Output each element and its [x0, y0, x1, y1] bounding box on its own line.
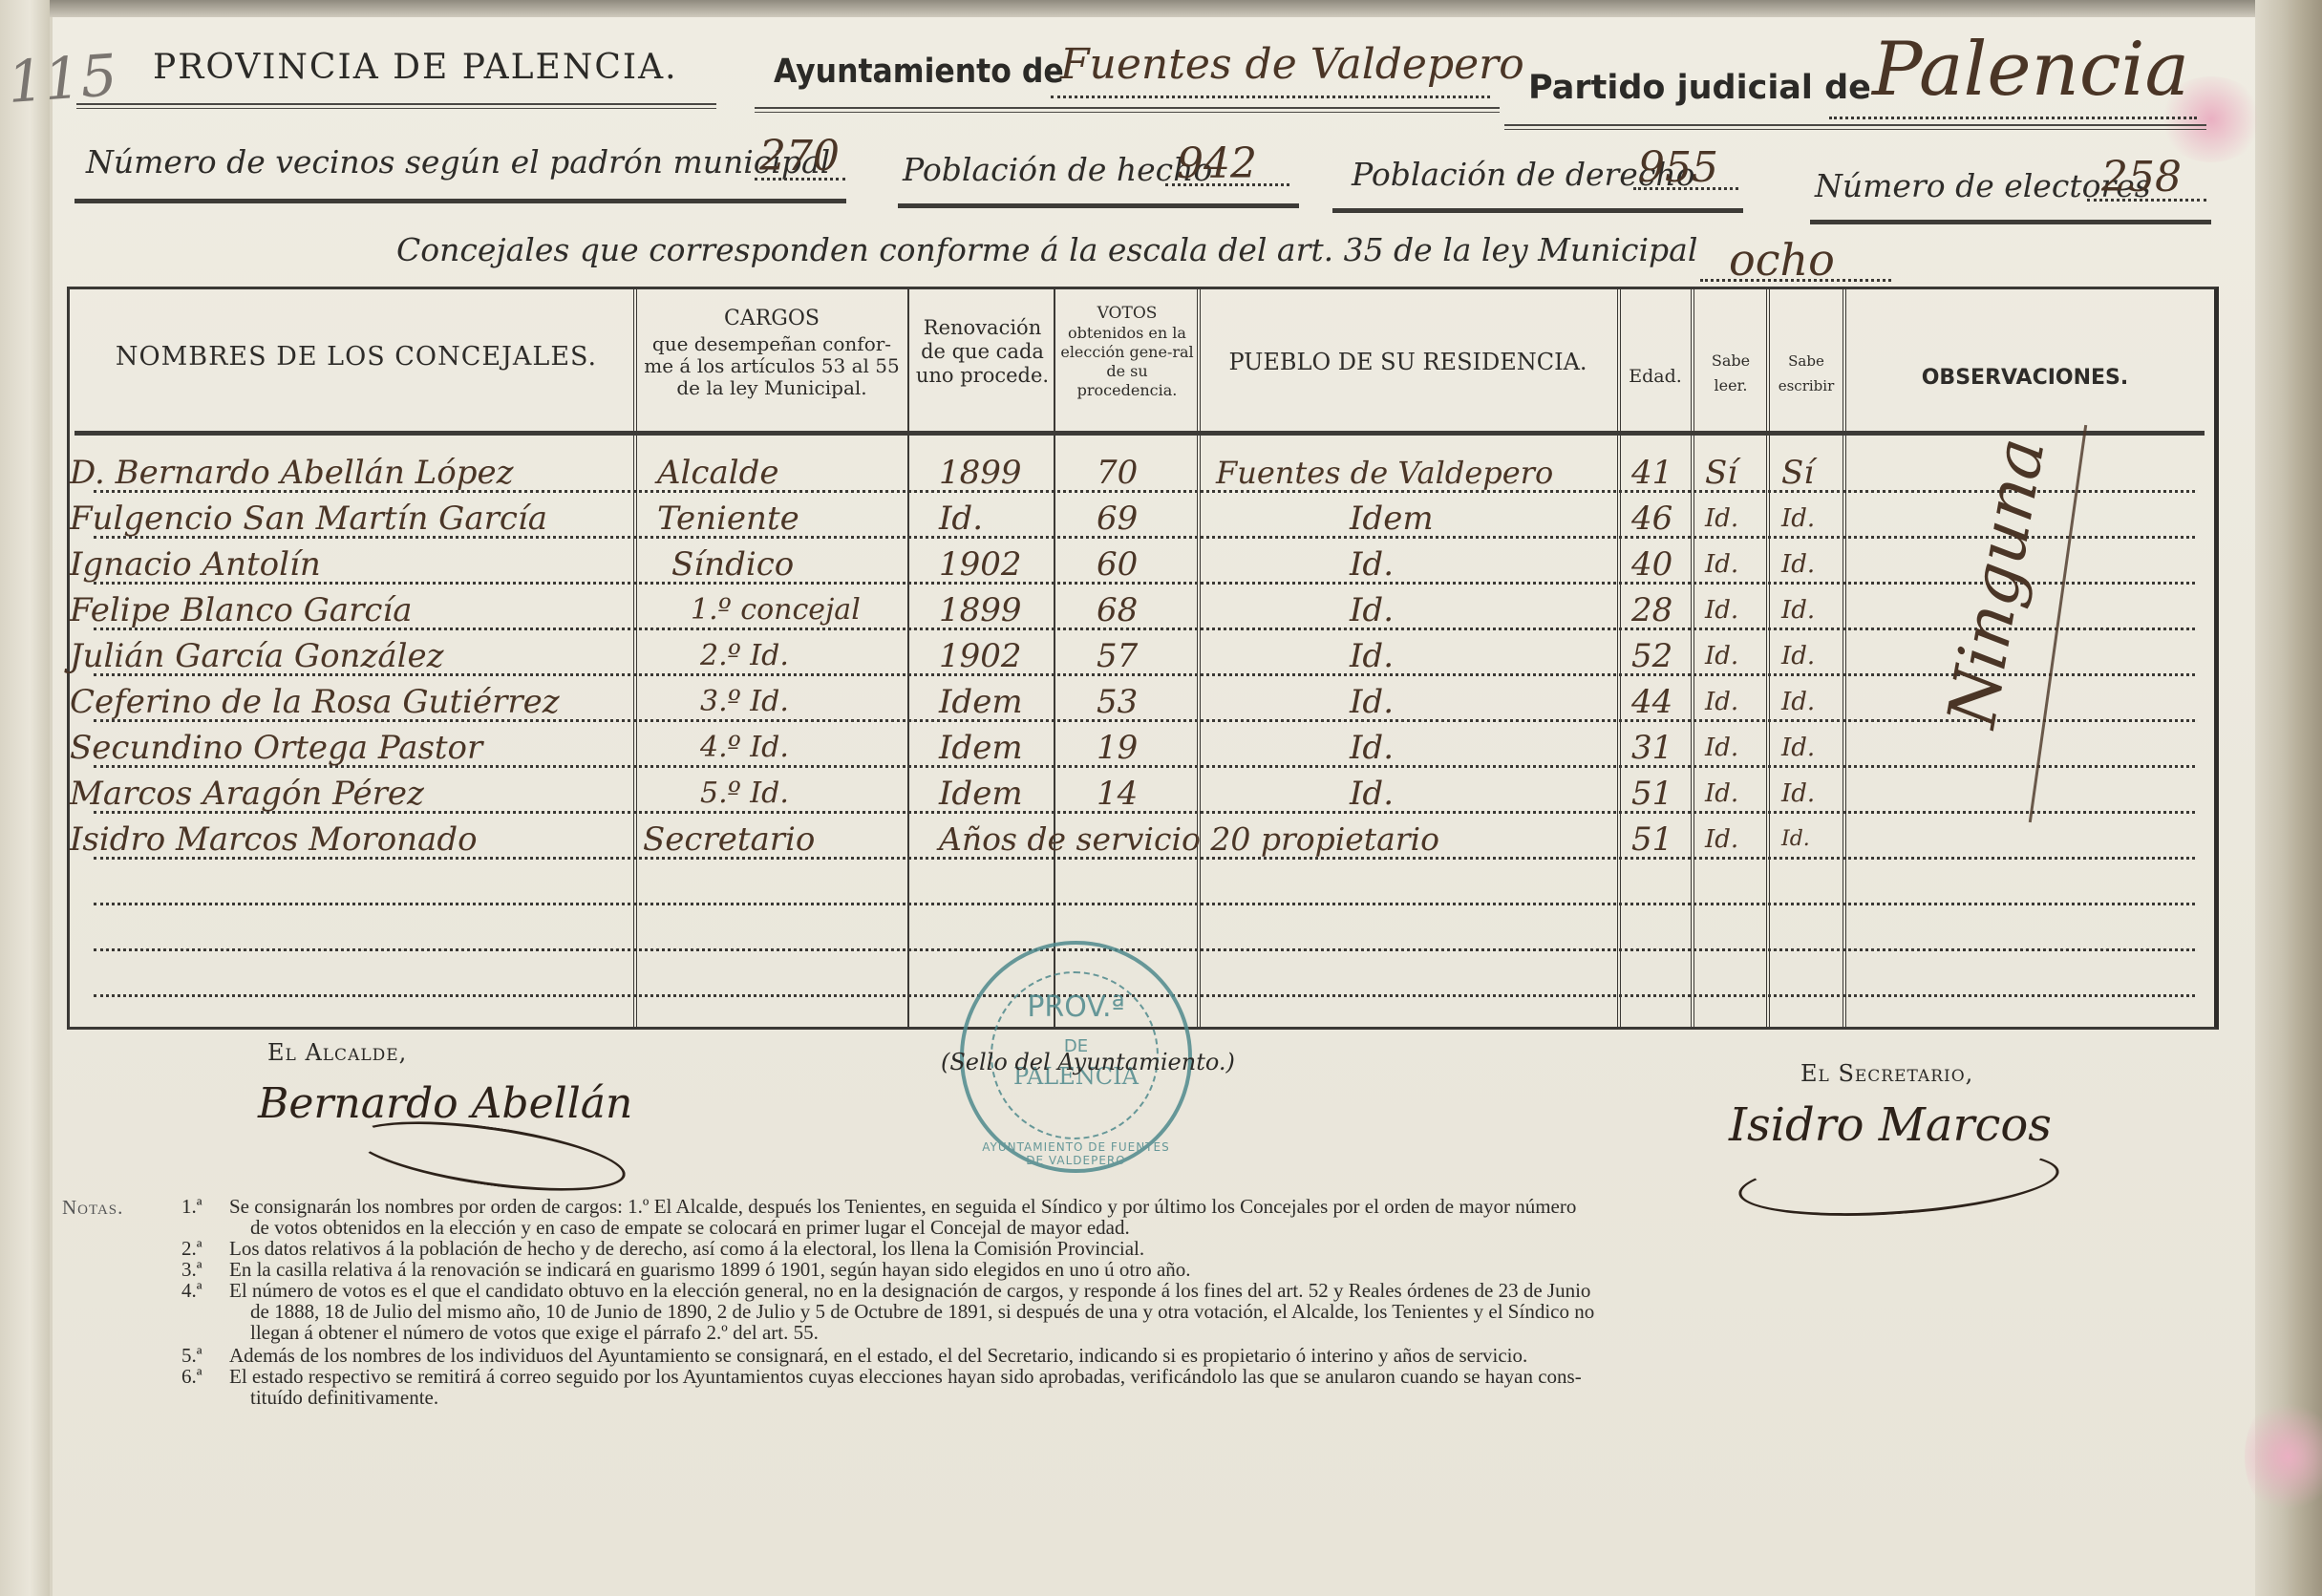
cell-escribir: Id.	[1781, 637, 1815, 675]
cell-cargo: Síndico	[671, 545, 794, 584]
cell-pueblo: Fuentes de Valdepero	[1216, 454, 1553, 492]
nota-2-line-1: Los datos relativos á la población de he…	[229, 1238, 1144, 1259]
ayuntamiento-label: Ayuntamiento de	[774, 53, 1064, 91]
header-renovacion: Renovación de que cada uno procede.	[913, 316, 1052, 388]
partido-label: Partido judicial de	[1528, 69, 1871, 107]
book-page-stack-right	[2255, 0, 2322, 1596]
hecho-value: 942	[1177, 139, 1257, 188]
nota-6-line-1: El estado respectivo se remitirá á corre…	[229, 1366, 1582, 1387]
cell-renovacion: 1902	[939, 545, 1022, 584]
header-sabe-leer: Sabe leer.	[1696, 349, 1765, 398]
electores-value: 258	[2101, 153, 2182, 202]
cell-edad: 41	[1631, 454, 1672, 492]
nota-6-line-2: tituído definitivamente.	[250, 1387, 438, 1408]
nota-6-number: 6.ª	[181, 1366, 202, 1387]
cell-nombre: Ceferino de la Rosa Gutiérrez	[70, 683, 631, 721]
header-votos-sub: obtenidos en la elección gene-ral de su …	[1059, 324, 1195, 400]
cell-votos: 70	[1097, 454, 1138, 492]
cell-votos: 57	[1097, 637, 1138, 675]
cell-escribir: Id.	[1781, 729, 1815, 767]
notas-label: Notas.	[62, 1196, 123, 1220]
cell-nombre: Ignacio Antolín	[70, 545, 631, 584]
cell-escribir: Id.	[1781, 500, 1815, 538]
cell-escribir: Id.	[1781, 591, 1815, 629]
cell-pueblo: Id.	[1350, 683, 1394, 721]
cell-renovacion: 1902	[939, 637, 1022, 675]
nota-4-number: 4.ª	[181, 1280, 202, 1301]
cell-votos: 19	[1097, 729, 1138, 767]
cell-votos: 14	[1097, 775, 1138, 813]
derecho-value: 955	[1638, 143, 1718, 192]
vecinos-label: Número de vecinos según el padrón munici…	[86, 143, 830, 181]
cell-cargo: Secretario	[643, 820, 815, 859]
cell-leer: Id.	[1705, 820, 1738, 859]
cell-cargo: Alcalde	[657, 454, 779, 492]
divider	[1332, 208, 1743, 213]
cell-edad: 28	[1631, 591, 1672, 629]
nota-5-line-1: Además de los nombres de los individuos …	[229, 1345, 1527, 1366]
cell-nombre: Marcos Aragón Pérez	[70, 775, 631, 813]
header-nombres: NOMBRES DE LOS CONCEJALES.	[89, 347, 624, 368]
cell-cargo: Teniente	[657, 500, 799, 538]
cell-nombre: Secundino Ortega Pastor	[70, 729, 631, 767]
cell-nombre: Fulgencio San Martín García	[70, 500, 631, 538]
column-divider	[633, 289, 637, 1027]
cell-leer: Id.	[1705, 500, 1738, 538]
ayuntamiento-value: Fuentes de Valdepero	[1060, 40, 1524, 89]
cell-renovacion: 1899	[939, 591, 1022, 629]
cell-edad: 31	[1631, 729, 1672, 767]
cell-escribir: Sí	[1781, 454, 1814, 492]
cell-cargo: 1.º concejal	[691, 591, 861, 629]
provincia-title: PROVINCIA DE PALENCIA.	[153, 48, 678, 87]
cell-cargo: 5.º Id.	[700, 775, 789, 813]
stamp-ring-text: AYUNTAMIENTO DE FUENTES DE VALDEPERO	[973, 1140, 1179, 1167]
cell-nombre: Isidro Marcos Moronado	[70, 820, 631, 859]
cell-leer: Id.	[1705, 729, 1738, 767]
column-divider	[1843, 289, 1846, 1027]
row-line	[94, 948, 2195, 951]
header-votos-title: VOTOS	[1059, 303, 1195, 324]
cell-votos: 68	[1097, 591, 1138, 629]
stamp-line1: PROV.ª	[964, 990, 1188, 1024]
header-cargos-title: CARGOS	[639, 309, 905, 330]
vecinos-value: 270	[759, 132, 840, 181]
cell-leer: Id.	[1705, 545, 1738, 584]
cell-pueblo: Idem	[1350, 500, 1434, 538]
column-divider	[1617, 289, 1621, 1027]
secretario-label: El Secretario,	[1800, 1060, 1973, 1087]
pink-stain	[2245, 1394, 2322, 1519]
cell-edad: 40	[1631, 545, 1672, 584]
cell-leer: Id.	[1705, 775, 1738, 813]
book-binding-left	[0, 0, 50, 1596]
cell-pueblo: Id.	[1350, 729, 1394, 767]
cell-renovacion: 1899	[939, 454, 1022, 492]
header-edad: Edad.	[1621, 366, 1690, 387]
cell-renovacion: Idem	[939, 775, 1023, 813]
nota-3-line-1: En la casilla relativa á la renovación s…	[229, 1259, 1191, 1280]
cell-renovacion: Id.	[939, 500, 983, 538]
sello-label: (Sello del Ayuntamiento.)	[941, 1049, 1235, 1075]
alcalde-signature: Bernardo Abellán	[258, 1079, 632, 1128]
nota-1-line-2: de votos obtenidos en la elección y en c…	[250, 1217, 1130, 1238]
cell-edad: 52	[1631, 637, 1672, 675]
header-divider	[75, 431, 2205, 436]
header-observaciones: OBSERVACIONES.	[1848, 368, 2202, 389]
cell-secretario-servicio: Años de servicio 20 propietario	[939, 820, 1439, 859]
cell-leer: Id.	[1705, 637, 1738, 675]
divider	[75, 199, 846, 203]
cell-votos: 53	[1097, 683, 1138, 721]
column-divider	[1766, 289, 1770, 1027]
cell-edad: 44	[1631, 683, 1672, 721]
column-divider	[907, 289, 909, 1027]
cell-cargo: 4.º Id.	[700, 729, 789, 767]
nota-3-number: 3.ª	[181, 1259, 202, 1280]
cell-pueblo: Id.	[1350, 591, 1394, 629]
cell-escribir: Id.	[1781, 683, 1815, 721]
partido-dotted-field	[1829, 117, 2197, 119]
cell-nombre: D. Bernardo Abellán López	[70, 454, 631, 492]
cell-votos: 60	[1097, 545, 1138, 584]
nota-1-number: 1.ª	[181, 1196, 202, 1217]
nota-4-line-2: de 1888, 18 de Julio del mismo año, 10 d…	[250, 1301, 1594, 1322]
cell-pueblo: Id.	[1350, 545, 1394, 584]
column-divider	[1197, 289, 1201, 1027]
cell-pueblo: Id.	[1350, 637, 1394, 675]
nota-2-number: 2.ª	[181, 1238, 202, 1259]
cell-escribir: Id.	[1781, 775, 1815, 813]
divider	[76, 103, 716, 109]
concejales-table: NOMBRES DE LOS CONCEJALES. CARGOS que de…	[67, 287, 2219, 1030]
cell-nombre: Julián García González	[70, 637, 631, 675]
divider	[755, 107, 1500, 113]
nota-5-number: 5.ª	[181, 1345, 202, 1366]
cell-renovacion: Idem	[939, 729, 1023, 767]
cell-leer: Id.	[1705, 683, 1738, 721]
alcalde-label: El Alcalde,	[267, 1039, 407, 1066]
cell-renovacion: Idem	[939, 683, 1023, 721]
secretario-signature: Isidro Marcos	[1729, 1098, 2052, 1152]
concejales-value: ocho	[1729, 234, 1835, 286]
nota-4-line-1: El número de votos es el que el candidat…	[229, 1280, 1590, 1301]
nota-4-line-3: llegan á obtener el número de votos que …	[250, 1322, 819, 1343]
cell-edad: 51	[1631, 820, 1672, 859]
header-cargos-sub: que desempeñan confor-me á los artículos…	[639, 333, 905, 399]
header-sabe-escribir: Sabe escribir	[1772, 349, 1841, 398]
row-line	[94, 903, 2195, 905]
nota-1-line-1: Se consignarán los nombres por orden de …	[229, 1196, 1576, 1217]
cell-nombre: Felipe Blanco García	[70, 591, 631, 629]
header-pueblo: PUEBLO DE SU RESIDENCIA.	[1203, 351, 1613, 372]
ayuntamiento-dotted-field	[1051, 96, 1490, 98]
cell-leer: Sí	[1705, 454, 1737, 492]
column-divider	[1691, 289, 1694, 1027]
cell-edad: 46	[1631, 500, 1672, 538]
partido-value: Palencia	[1872, 27, 2189, 113]
cell-leer: Id.	[1705, 591, 1738, 629]
cell-edad: 51	[1631, 775, 1672, 813]
cell-pueblo: Id.	[1350, 775, 1394, 813]
cell-escribir: Id.	[1781, 820, 1810, 859]
book-top-edge	[0, 0, 2322, 17]
divider	[1504, 124, 2206, 130]
cell-votos: 69	[1097, 500, 1138, 538]
column-divider	[1054, 289, 1055, 1027]
cell-cargo: 2.º Id.	[700, 637, 789, 675]
divider	[898, 203, 1299, 208]
cell-escribir: Id.	[1781, 545, 1815, 584]
cell-cargo: 3.º Id.	[700, 683, 789, 721]
divider	[1810, 220, 2211, 224]
concejales-label: Concejales que corresponden conforme á l…	[396, 231, 1697, 268]
